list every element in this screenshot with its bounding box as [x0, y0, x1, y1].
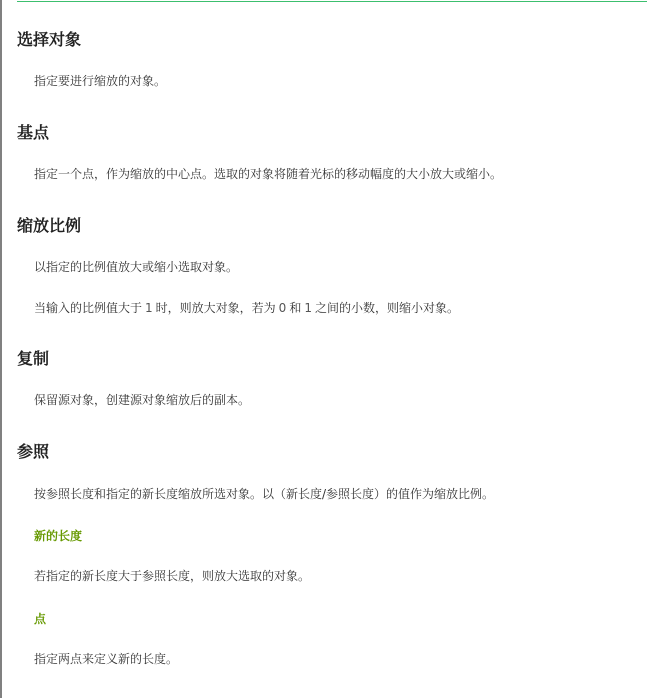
section-paragraph: 指定要进行缩放的对象。: [34, 73, 166, 89]
section-title-base-point: 基点: [17, 123, 49, 143]
subsection-paragraph: 若指定的新长度大于参照长度，则放大选取的对象。: [34, 568, 310, 584]
number-value: 1: [301, 301, 315, 315]
text-fragment: 当输入的比例值大于: [34, 301, 142, 315]
section-title-select-objects: 选择对象: [17, 30, 81, 50]
subsection-title-points: 点: [34, 611, 46, 627]
section-title-copy: 复制: [17, 349, 49, 369]
text-fragment: 和: [289, 301, 301, 315]
text-fragment: 时，则放大对象，若为: [156, 301, 276, 315]
text-fragment: 之间的小数，则缩小对象。: [315, 301, 459, 315]
section-title-scale-factor: 缩放比例: [17, 216, 81, 236]
section-paragraph: 保留源对象，创建源对象缩放后的副本。: [34, 392, 250, 408]
subsection-title-new-length: 新的长度: [34, 528, 82, 544]
section-paragraph-scale-rule: 当输入的比例值大于1时，则放大对象，若为0和1之间的小数，则缩小对象。: [34, 300, 459, 316]
section-paragraph: 按参照长度和指定的新长度缩放所选对象。以（新长度/参照长度）的值作为缩放比例。: [34, 486, 494, 502]
number-value: 1: [142, 301, 156, 315]
top-divider: [17, 1, 647, 2]
section-paragraph: 指定一个点，作为缩放的中心点。选取的对象将随着光标的移动幅度的大小放大或缩小。: [34, 166, 502, 182]
section-title-reference: 参照: [17, 442, 49, 462]
number-value: 0: [276, 301, 290, 315]
section-paragraph: 以指定的比例值放大或缩小选取对象。: [34, 259, 238, 275]
left-border: [0, 0, 2, 698]
subsection-paragraph: 指定两点来定义新的长度。: [34, 651, 178, 667]
